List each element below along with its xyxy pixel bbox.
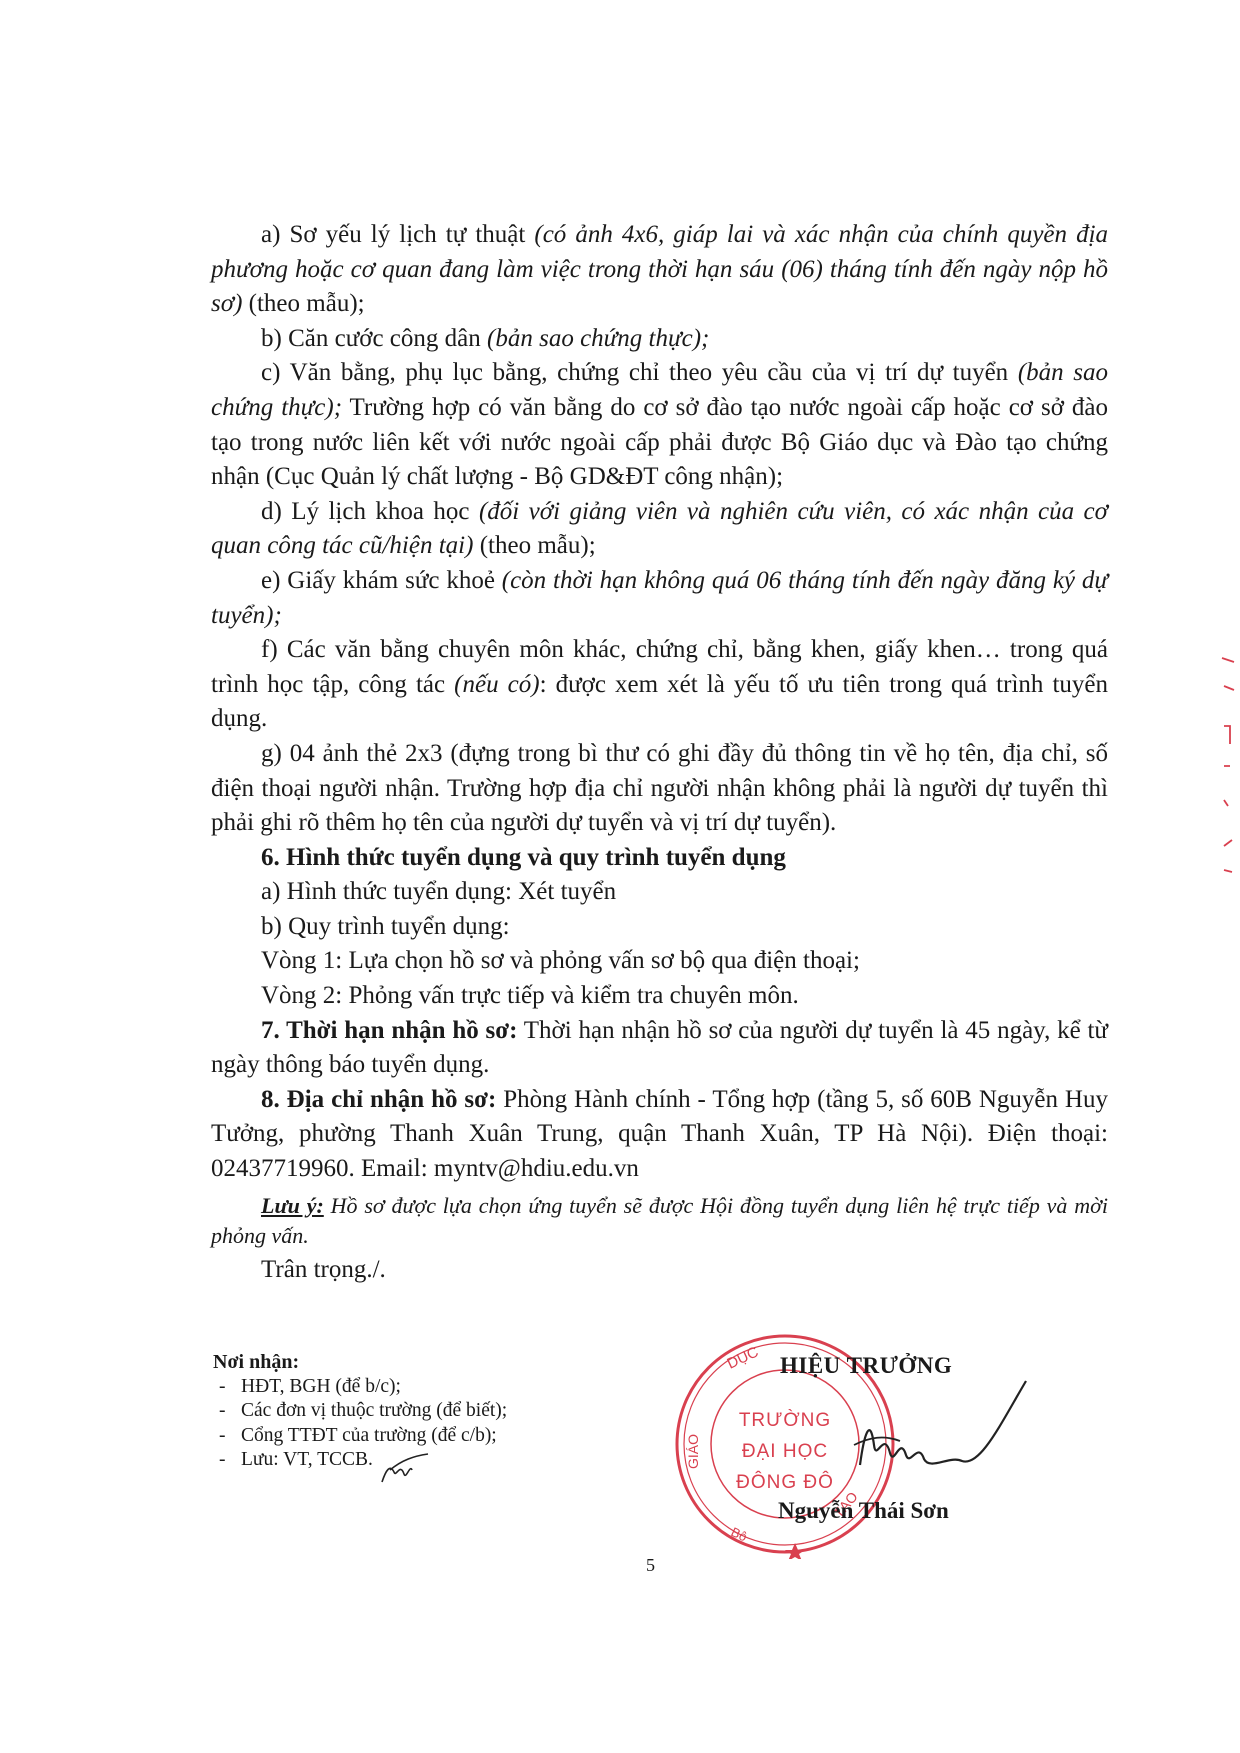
item-f: f) Các văn bằng chuyên môn khác, chứng c… bbox=[211, 633, 1108, 737]
document-page: a) Sơ yếu lý lịch tự thuật (có ảnh 4x6, … bbox=[0, 0, 1240, 1753]
item-d: d) Lý lịch khoa học (đối với giảng viên … bbox=[211, 495, 1108, 564]
svg-text:Bộ: Bộ bbox=[729, 1524, 750, 1544]
recipient-item: Cổng TTĐT của trường (để c/b); bbox=[213, 1424, 613, 1449]
item-e: e) Giấy khám sức khoẻ (còn thời hạn khôn… bbox=[211, 564, 1108, 633]
recipient-item: Các đơn vị thuộc trường (để biết); bbox=[213, 1399, 613, 1424]
stamp-edge-mark-icon bbox=[1220, 650, 1236, 880]
note-text: Hồ sơ được lựa chọn ứng tuyển sẽ được Hộ… bbox=[211, 1193, 1108, 1248]
recruitment-process: b) Quy trình tuyển dụng: bbox=[211, 910, 1108, 945]
recruitment-form: a) Hình thức tuyển dụng: Xét tuyển bbox=[211, 875, 1108, 910]
closing: Trân trọng./. bbox=[211, 1253, 1108, 1288]
initials-scribble-icon bbox=[380, 1452, 430, 1486]
item-c-tail: Trường hợp có văn bằng do cơ sở đào tạo … bbox=[211, 394, 1108, 490]
recipient-item: HĐT, BGH (để b/c); bbox=[213, 1375, 613, 1400]
recipients-title: Nơi nhận: bbox=[213, 1350, 613, 1375]
signature-scribble-icon bbox=[840, 1375, 1030, 1485]
item-a-label: a) Sơ yếu lý lịch tự thuật bbox=[261, 221, 525, 248]
document-body: a) Sơ yếu lý lịch tự thuật (có ảnh 4x6, … bbox=[211, 218, 1108, 1287]
note-label: Lưu ý: bbox=[261, 1193, 324, 1218]
item-b-note: (bản sao chứng thực); bbox=[487, 325, 709, 352]
item-g: g) 04 ảnh thẻ 2x3 (đựng trong bì thư có … bbox=[211, 737, 1108, 841]
note: Lưu ý: Hồ sơ được lựa chọn ứng tuyển sẽ … bbox=[211, 1191, 1108, 1251]
section-8: 8. Địa chỉ nhận hồ sơ: Phòng Hành chính … bbox=[211, 1083, 1108, 1187]
item-c-label: c) Văn bằng, phụ lục bằng, chứng chỉ the… bbox=[261, 359, 1018, 386]
item-a: a) Sơ yếu lý lịch tự thuật (có ảnh 4x6, … bbox=[211, 218, 1108, 322]
item-f-note: (nếu có) bbox=[454, 671, 539, 698]
section-6-heading: 6. Hình thức tuyển dụng và quy trình tuy… bbox=[211, 841, 1108, 876]
item-b-label: b) Căn cước công dân bbox=[261, 325, 487, 352]
section-7: 7. Thời hạn nhận hồ sơ: Thời hạn nhận hồ… bbox=[211, 1014, 1108, 1083]
item-a-tail: (theo mẫu); bbox=[242, 290, 364, 317]
round-2: Vòng 2: Phỏng vấn trực tiếp và kiểm tra … bbox=[211, 979, 1108, 1014]
item-d-tail: (theo mẫu); bbox=[473, 532, 595, 559]
section-7-heading: 7. Thời hạn nhận hồ sơ: bbox=[261, 1017, 517, 1044]
svg-text:DỤC: DỤC bbox=[725, 1343, 762, 1372]
signature-block: DỤC GIÁO TẠO Bộ TRƯỜNG ĐẠI HỌC ĐÔNG ĐÔ H… bbox=[700, 1335, 1040, 1535]
signer-name: Nguyễn Thái Sơn bbox=[778, 1498, 949, 1524]
page-number: 5 bbox=[646, 1555, 655, 1576]
item-c: c) Văn bằng, phụ lục bằng, chứng chỉ the… bbox=[211, 356, 1108, 494]
item-d-label: d) Lý lịch khoa học bbox=[261, 498, 479, 525]
section-8-heading: 8. Địa chỉ nhận hồ sơ: bbox=[261, 1086, 496, 1113]
round-1: Vòng 1: Lựa chọn hồ sơ và phỏng vấn sơ b… bbox=[211, 944, 1108, 979]
item-e-label: e) Giấy khám sức khoẻ bbox=[261, 567, 502, 594]
item-b: b) Căn cước công dân (bản sao chứng thực… bbox=[211, 322, 1108, 357]
